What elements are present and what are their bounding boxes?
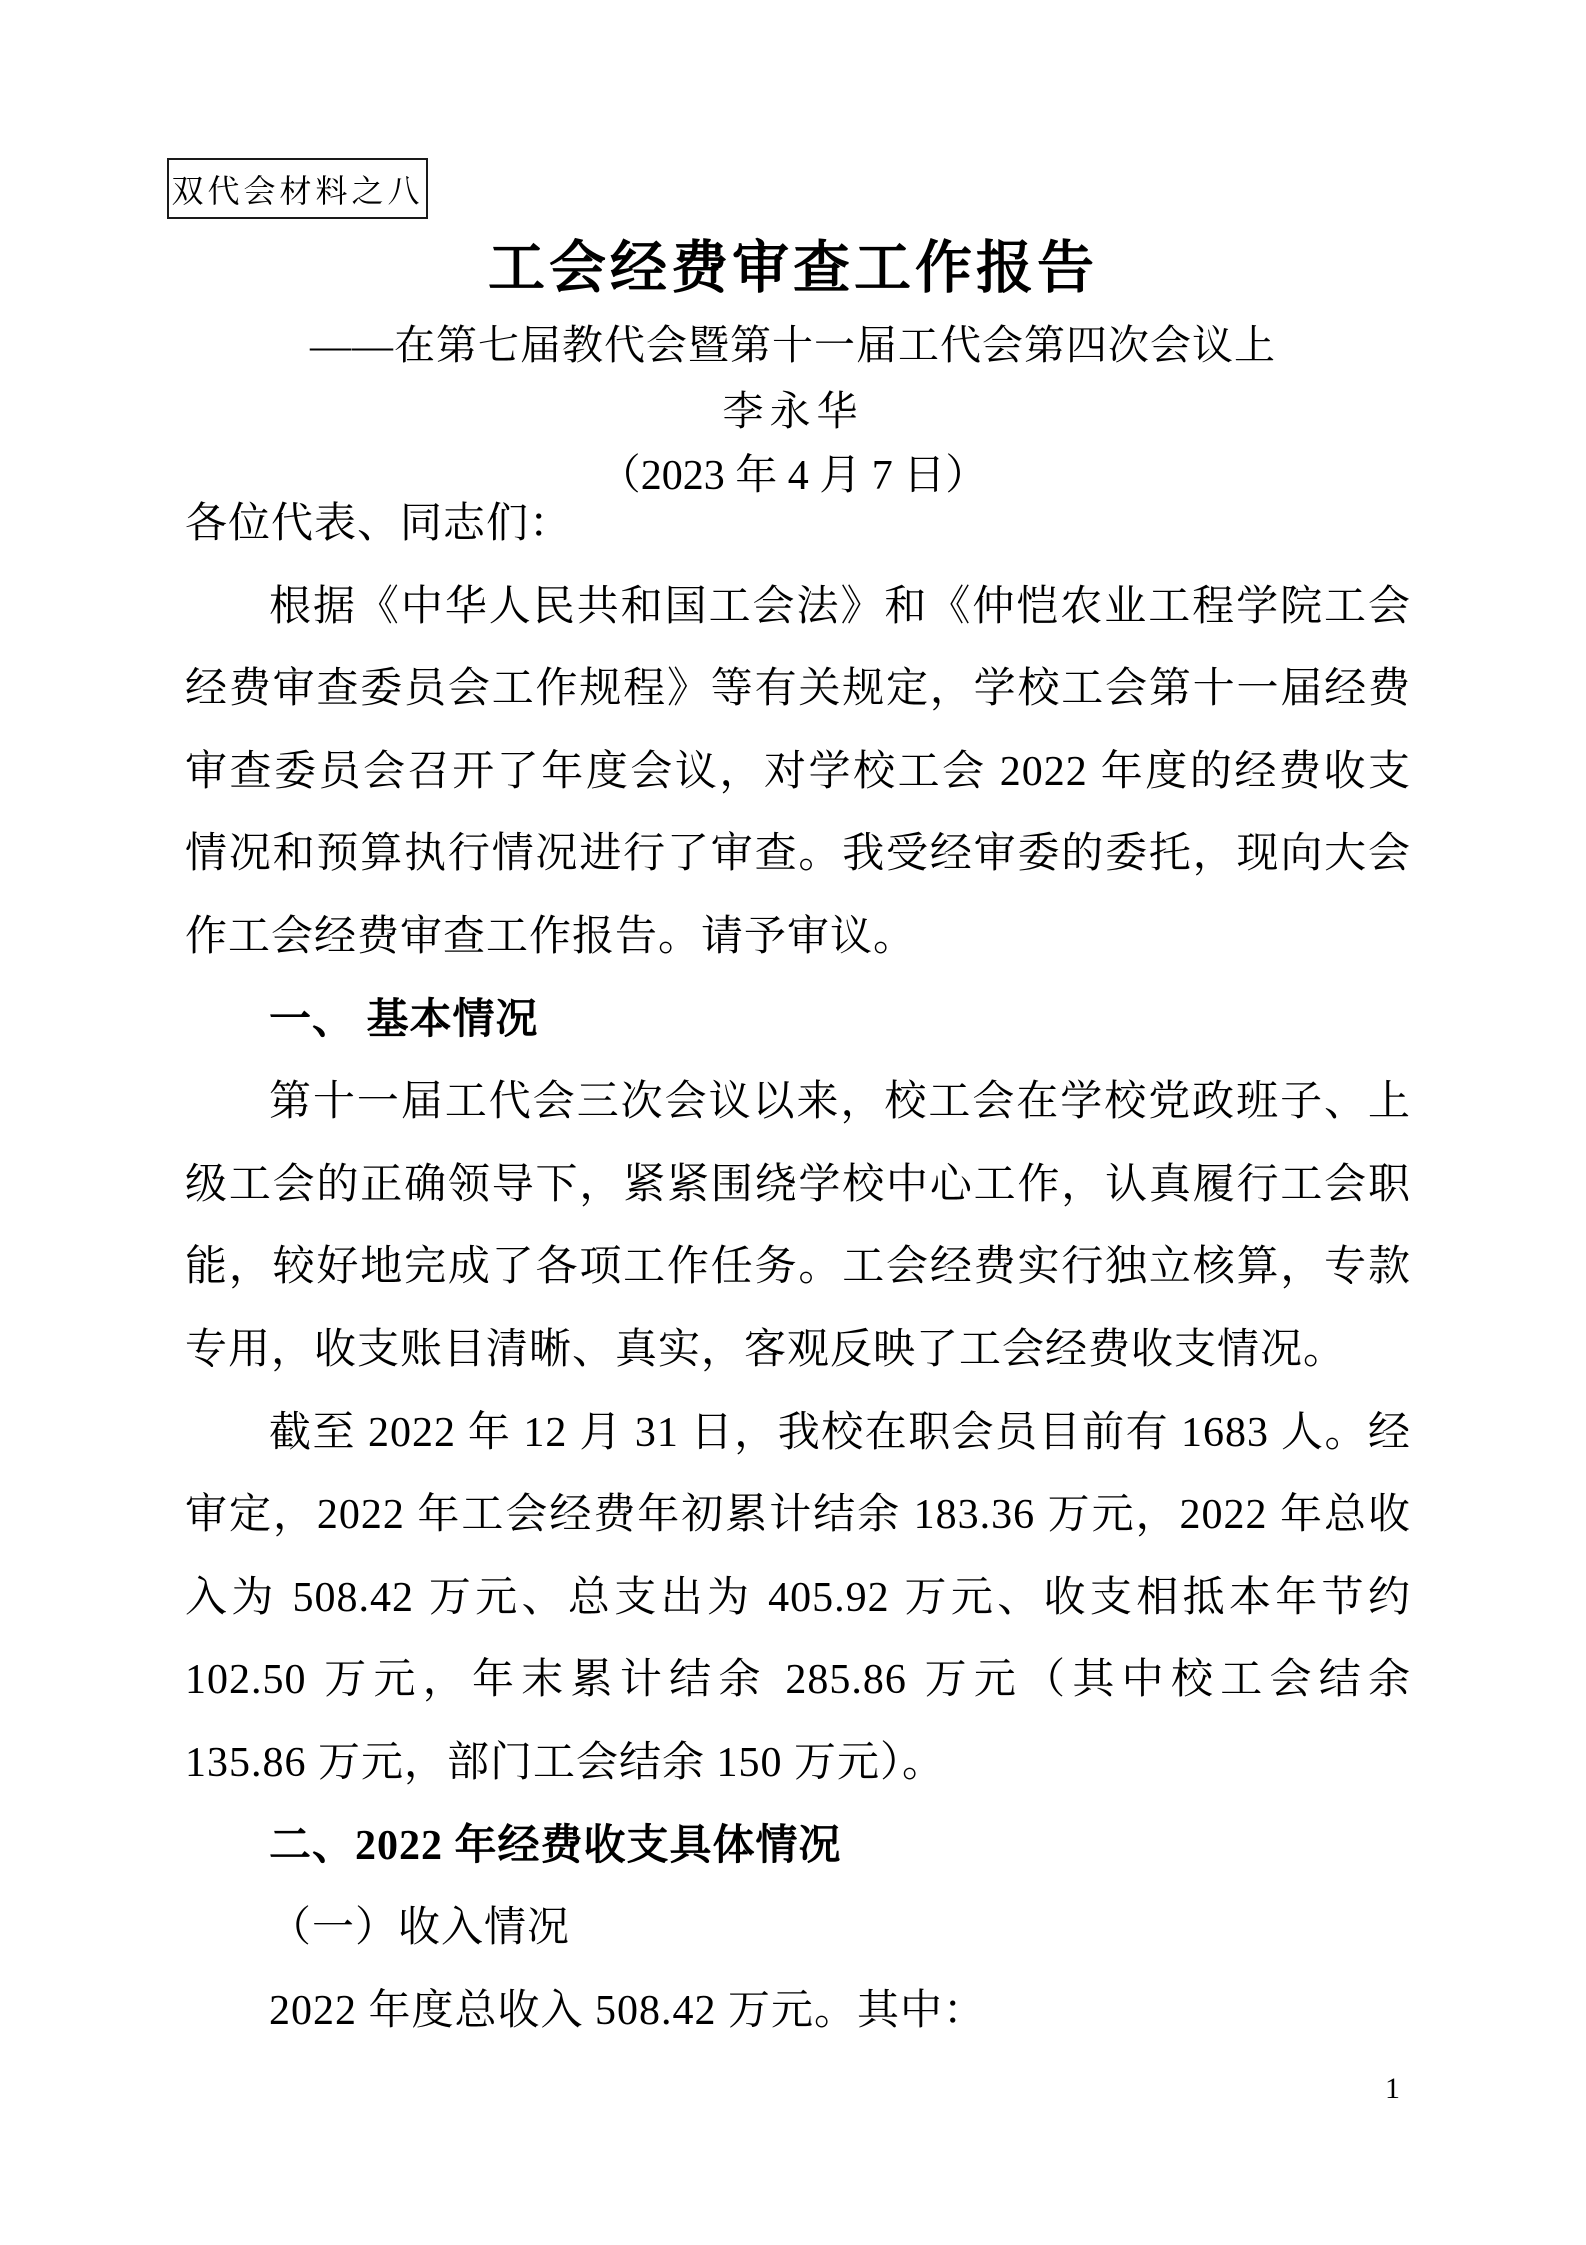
section-heading-2: 二、2022 年经费收支具体情况: [185, 1805, 1411, 1888]
page-number: 1: [1385, 2072, 1400, 2106]
greeting-line: 各位代表、同志们：: [185, 483, 1411, 566]
subsection-heading-income: （一）收入情况: [185, 1887, 1411, 1970]
section-heading-1: 一、 基本情况: [185, 979, 1411, 1062]
paragraph-financial-figures: 截至 2022 年 12 月 31 日，我校在职会员目前有 1683 人。经审定…: [185, 1392, 1411, 1805]
document-body: 各位代表、同志们： 根据《中华人民共和国工会法》和《仲恺农业工程学院工会经费审查…: [185, 483, 1411, 2052]
material-label: 双代会材料之八: [171, 166, 423, 212]
document-subtitle: ——在第七届教代会暨第十一届工代会第四次会议上: [0, 312, 1586, 371]
paragraph-intro: 根据《中华人民共和国工会法》和《仲恺农业工程学院工会经费审查委员会工作规程》等有…: [185, 566, 1411, 979]
paragraph-total-income: 2022 年度总收入 508.42 万元。其中：: [185, 1970, 1411, 2053]
document-title: 工会经费审查工作报告: [0, 222, 1586, 304]
material-label-box: 双代会材料之八: [167, 158, 428, 219]
document-page: 双代会材料之八 工会经费审查工作报告 ——在第七届教代会暨第十一届工代会第四次会…: [0, 0, 1586, 2245]
author-name: 李永华: [0, 378, 1586, 437]
paragraph-basic-situation: 第十一届工代会三次会议以来，校工会在学校党政班子、上级工会的正确领导下，紧紧围绕…: [185, 1061, 1411, 1391]
